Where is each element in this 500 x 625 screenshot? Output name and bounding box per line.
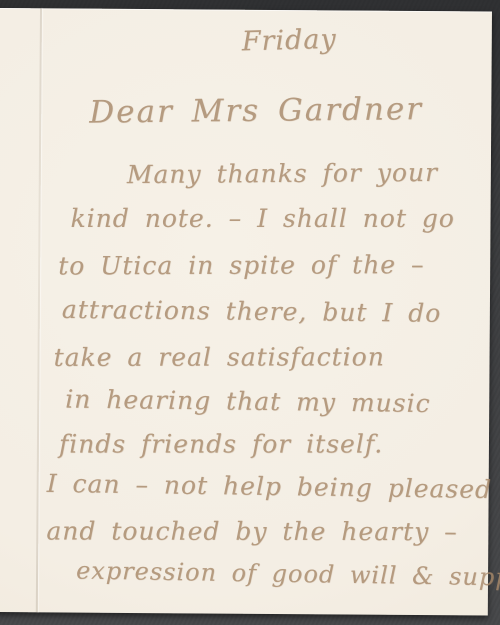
letter-date-line: Friday bbox=[241, 25, 337, 57]
letter-body-line: take a real satisfaction bbox=[54, 343, 385, 371]
letter-body-line: kind note. – I shall not go bbox=[71, 205, 455, 233]
letter-page: Friday Dear Mrs Gardner Many thanks for … bbox=[0, 8, 492, 615]
letter-body-line: in hearing that my music bbox=[65, 386, 431, 418]
letter-body-line: expression of good will & support bbox=[76, 558, 500, 592]
letter-body-line: finds friends for itself. bbox=[59, 431, 383, 459]
letter-body-line: attractions there, but I do bbox=[62, 296, 442, 327]
letter-body-line: I can – not help being pleased bbox=[46, 470, 492, 504]
letter-salutation: Dear Mrs Gardner bbox=[89, 92, 423, 130]
photo-backdrop: Friday Dear Mrs Gardner Many thanks for … bbox=[0, 0, 500, 625]
fold-crease-line bbox=[36, 8, 42, 612]
letter-body-line: and touched by the hearty – bbox=[46, 517, 457, 545]
letter-body-line: to Utica in spite of the – bbox=[58, 251, 424, 280]
letter-body-line: Many thanks for your bbox=[127, 159, 438, 189]
